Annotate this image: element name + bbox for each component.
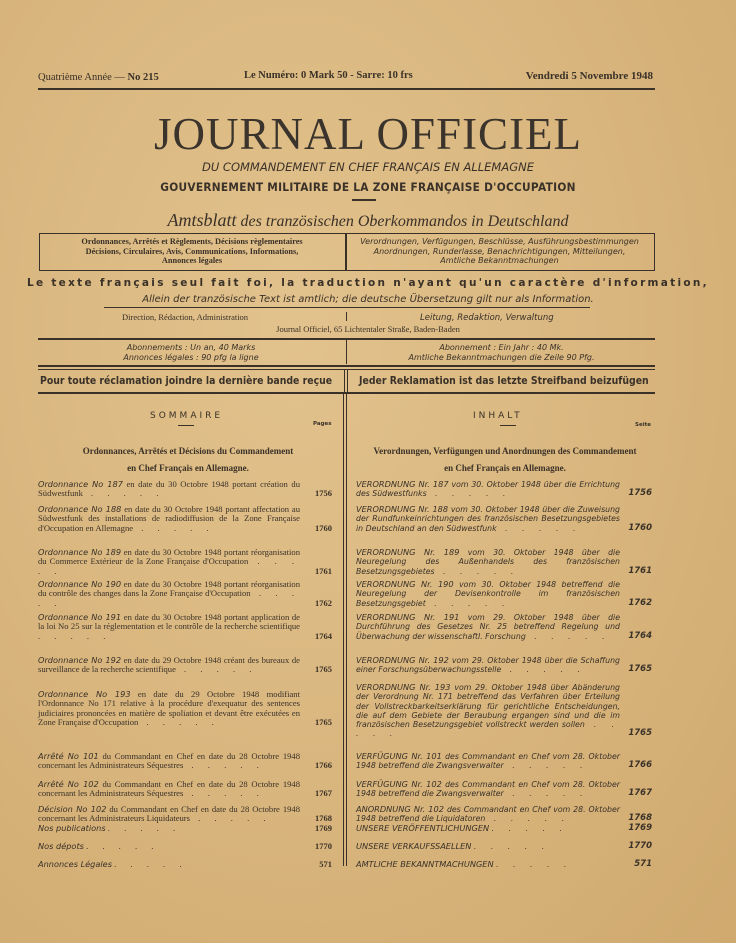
toc-entry-body: UNSERE VERKAUFSSAELLEN . . . . . (356, 842, 652, 851)
toc-entry-keyword: VERORDNUNG Nr. 190 (356, 579, 454, 589)
toc-entry: VERORDNUNG Nr. 191 vom 29. Oktober 1948 … (356, 613, 652, 641)
leader-dots: . . . . . (426, 599, 511, 608)
toc-entry-page: 1767 (315, 789, 332, 798)
leader-dots: . . . . . (183, 760, 264, 770)
german-title-amtsblatt: Amtsblatt (168, 210, 237, 230)
german-title: Amtsblatt des tranzösischen Oberkommando… (0, 210, 736, 231)
toc-entry-page: 571 (319, 860, 332, 869)
sommaire-section-title: Ordonnances, Arrêtés et Décisions du Com… (40, 443, 336, 477)
reclamation-french: Pour toute réclamation joindre la derniè… (40, 374, 332, 387)
issue-date: Vendredi 5 Novembre 1948 (526, 70, 653, 82)
leader-dots: . . . . . (492, 824, 568, 833)
toc-entry-body: Ordonnance No 188 en date du 30 Octobre … (38, 505, 332, 533)
reclamation-divider-a (344, 370, 345, 392)
toc-entry-body: Arrêté No 101 du Commandant en Chef en d… (38, 752, 332, 771)
sommaire-heading-underline (178, 425, 194, 426)
toc-entry-page: 1761 (315, 567, 332, 576)
address-divider (346, 312, 347, 321)
subscription-divider (346, 340, 347, 364)
toc-entry-keyword: VERORDNUNG Nr. 189 (356, 547, 459, 557)
leader-dots: . . . . . (497, 524, 582, 533)
address-german-label: Leitung, Redaktion, Verwaltung (420, 313, 554, 323)
toc-entry-body: Ordonnance No 189 en date du 30 Octobre … (38, 548, 332, 576)
leader-dots: . . . . . (176, 664, 257, 674)
toc-entry-body: Ordonnance No 187 en date du 30 Octobre … (38, 480, 332, 499)
sommaire-section-title-line: Ordonnances, Arrêtés et Décisions du Com… (40, 443, 336, 460)
leader-dots: . . . . . (496, 860, 572, 869)
reclamation-rule-1 (38, 365, 655, 367)
leader-dots: . . . . . (504, 761, 589, 770)
subtitle-gouvernement: GOUVERNEMENT MILITAIRE DE LA ZONE FRANÇA… (29, 180, 706, 194)
toc-entry-page: 571 (634, 860, 652, 869)
toc-entry-page: 1760 (315, 524, 332, 533)
subscription-german: Abonnement : Ein Jahr : 40 Mk. Amtliche … (350, 343, 653, 363)
toc-entry-keyword: Annonces Légales (38, 859, 112, 869)
toc-entry-body: Ordonnance No 193 en date du 29 Octobre … (38, 690, 332, 727)
toc-entry: Arrêté No 102 du Commandant en Chef en d… (38, 780, 332, 799)
toc-entry-page: 1769 (315, 824, 332, 833)
toc-entry-keyword: UNSERE VERKAUFSSAELLEN (356, 841, 471, 851)
column-divider-b (346, 394, 347, 866)
inhalt-heading-underline (500, 425, 516, 426)
leader-dots: . . . . . (526, 632, 611, 641)
toc-entry: Ordonnance No 187 en date du 30 Octobre … (38, 480, 332, 499)
toc-entry-keyword: VERFÜGUNG Nr. 102 (356, 779, 442, 789)
toc-entry-keyword: UNSERE VERÖFFENTLICHUNGEN (356, 823, 489, 833)
toc-entry-body: Nos publications . . . . . (38, 824, 332, 833)
toc-entry-body: VERORDNUNG Nr. 191 vom 29. Oktober 1948 … (356, 613, 652, 641)
toc-entry-page: 1761 (628, 567, 652, 576)
contents-german-line: Verordnungen, Verfügungen, Beschlüsse, A… (348, 237, 651, 247)
subscription-french-line: Annonces légales : 90 pfg la ligne (40, 353, 342, 363)
toc-entry: ANORDNUNG Nr. 102 des Commandant en Chef… (356, 805, 652, 824)
issue-info: Quatrième Année — No 215 (38, 72, 159, 83)
toc-entry: Ordonnance No 192 en date du 29 Octobre … (38, 656, 332, 675)
reclamation-german: Jeder Reklamation ist das letzte Streifb… (359, 374, 649, 387)
leader-dots: . . . . . (474, 842, 550, 851)
subscription-french: Abonnements : Un an, 40 Marks Annonces l… (40, 343, 342, 363)
toc-entry-page: 1756 (628, 489, 652, 498)
toc-entry-page: 1764 (628, 632, 652, 641)
toc-entry: VERORDNUNG Nr. 187 vom 30. Oktober 1948 … (356, 480, 652, 499)
leader-dots: . . . . . (114, 859, 187, 869)
toc-entry: UNSERE VERÖFFENTLICHUNGEN . . . . .1769 (356, 824, 652, 833)
leader-dots: . . . . . (138, 717, 219, 727)
leader-dots: . . . . . (83, 488, 164, 498)
toc-entry-keyword: AMTLICHE BEKANNTMACHUNGEN (356, 859, 494, 869)
contents-french: Ordonnances, Arrêtés et Règlements, Déci… (42, 237, 342, 266)
toc-entry-body: Nos dépots . . . . . (38, 842, 332, 851)
notice-french: Le texte français seul fait foi, la trad… (0, 277, 736, 289)
toc-entry-keyword: Nos dépots (38, 841, 84, 851)
toc-entry-keyword: ANORDNUNG Nr. 102 (356, 804, 444, 814)
toc-entry-body: Annonces Légales . . . . . (38, 860, 332, 869)
leader-dots: . . . . . (183, 788, 264, 798)
year-label: Quatrième Année — (38, 72, 125, 83)
toc-entry-keyword: VERORDNUNG Nr. 187 (356, 479, 449, 489)
issue-number: No 215 (128, 72, 159, 83)
leader-dots: . . . . . (190, 813, 271, 823)
toc-entry-body: VERORDNUNG Nr. 187 vom 30. Oktober 1948 … (356, 480, 652, 499)
contents-french-line: Annonces légales (42, 256, 342, 266)
subscription-german-line: Amtliche Bekanntmachungen die Zeile 90 P… (350, 353, 653, 363)
toc-entry: VERFÜGUNG Nr. 101 des Commandant en Chef… (356, 752, 652, 771)
toc-entry-page: 1765 (315, 665, 332, 674)
toc-entry-page: 1769 (628, 824, 652, 833)
toc-entry-keyword: VERORDNUNG Nr. 193 (356, 682, 450, 692)
journal-title: JOURNAL OFFICIEL (0, 108, 736, 160)
toc-entry-body: AMTLICHE BEKANNTMACHUNGEN . . . . . (356, 860, 652, 869)
toc-entry-page: 1762 (315, 599, 332, 608)
leader-dots: . . . . . (485, 814, 570, 823)
toc-entry-body: VERORDNUNG Nr. 193 vom 29. Oktober 1948 … (356, 683, 652, 739)
toc-entry-page: 1766 (315, 761, 332, 770)
toc-entry-body: Décision No 102 du Commandant en Chef en… (38, 805, 332, 824)
toc-entry-body: VERORDNUNG Nr. 192 vom 29. Oktober 1948 … (356, 656, 652, 675)
inhalt-section-title-line: en Chef Français en Allemagne. (352, 460, 658, 477)
toc-entry: Ordonnance No 191 en date du 30 Octobre … (38, 613, 332, 641)
toc-entry: AMTLICHE BEKANNTMACHUNGEN . . . . .571 (356, 860, 652, 869)
toc-entry-page: 1760 (628, 524, 652, 533)
toc-entry: VERORDNUNG Nr. 188 vom 30. Oktober 1948 … (356, 505, 652, 533)
toc-entry: VERORDNUNG Nr. 192 vom 29. Oktober 1948 … (356, 656, 652, 675)
notice-german: Allein der tranzösische Text ist amtlich… (0, 294, 736, 305)
subscription-french-line: Abonnements : Un an, 40 Marks (40, 343, 342, 353)
toc-entry-keyword: VERFÜGUNG Nr. 101 (356, 751, 442, 761)
toc-entry-page: 1765 (628, 665, 652, 674)
toc-entry: Ordonnance No 193 en date du 29 Octobre … (38, 690, 332, 727)
toc-entry-page: 1770 (315, 842, 332, 851)
toc-entry-page: 1770 (628, 842, 652, 851)
toc-entry-keyword: VERORDNUNG Nr. 192 (356, 655, 449, 665)
leader-dots: . . . . . (108, 823, 181, 833)
toc-entry: VERORDNUNG Nr. 189 vom 30. Oktober 1948 … (356, 548, 652, 576)
toc-entry-page: 1764 (315, 632, 332, 641)
contents-german: Verordnungen, Verfügungen, Beschlüsse, A… (348, 237, 651, 266)
leader-dots: . . . . . (435, 567, 520, 576)
subtitle-commandement: DU COMMANDEMENT EN CHEF FRANÇAIS EN ALLE… (0, 160, 736, 174)
notice-underline (104, 307, 590, 308)
leader-dots: . . . . . (501, 665, 586, 674)
subscription-german-line: Abonnement : Ein Jahr : 40 Mk. (350, 343, 653, 353)
toc-entry-body: VERORDNUNG Nr. 189 vom 30. Oktober 1948 … (356, 548, 652, 576)
top-rule (38, 88, 655, 90)
toc-entry-body: VERFÜGUNG Nr. 102 des Commandant en Chef… (356, 780, 652, 799)
toc-entry-body: Ordonnance No 191 en date du 30 Octobre … (38, 613, 332, 641)
inhalt-heading: INHALT (473, 411, 523, 421)
toc-entry-body: Arrêté No 102 du Commandant en Chef en d… (38, 780, 332, 799)
inhalt-section-title: Verordnungen, Verfügungen und Anordnunge… (352, 443, 658, 477)
toc-entry-body: ANORDNUNG Nr. 102 des Commandant en Chef… (356, 805, 652, 824)
german-title-rest: des tranzösischen Oberkommandos in Deuts… (241, 213, 569, 230)
toc-entry: Nos dépots . . . . .1770 (38, 842, 332, 851)
address-line: Journal Officiel, 65 Lichtentaler Straße… (0, 324, 736, 334)
sommaire-heading: SOMMAIRE (150, 411, 223, 421)
contents-french-line: Décisions, Circulaires, Avis, Communicat… (42, 247, 342, 257)
pages-label: Pages (313, 421, 332, 427)
toc-entry: Ordonnance No 189 en date du 30 Octobre … (38, 548, 332, 576)
contents-french-line: Ordonnances, Arrêtés et Règlements, Déci… (42, 237, 342, 247)
toc-entry-page: 1765 (315, 718, 332, 727)
column-divider-a (343, 394, 344, 866)
leader-dots: . . . . . (86, 841, 159, 851)
toc-entry-body: VERFÜGUNG Nr. 101 des Commandant en Chef… (356, 752, 652, 771)
toc-entry-body: Ordonnance No 192 en date du 29 Octobre … (38, 656, 332, 675)
leader-dots: . . . . . (504, 789, 589, 798)
toc-entry-body: VERORDNUNG Nr. 188 vom 30. Oktober 1948 … (356, 505, 652, 533)
seite-label: Seite (635, 422, 651, 428)
toc-entry-body: Ordonnance No 190 en date du 30 Octobre … (38, 580, 332, 608)
contents-box-divider (345, 234, 347, 270)
leader-dots: . . . . . (133, 523, 214, 533)
toc-entry: Nos publications . . . . .1769 (38, 824, 332, 833)
leader-dots: . . . . . (38, 631, 111, 641)
toc-entry: Décision No 102 du Commandant en Chef en… (38, 805, 332, 824)
toc-entry-body: UNSERE VERÖFFENTLICHUNGEN . . . . . (356, 824, 652, 833)
sommaire-section-title-line: en Chef Français en Allemagne. (40, 460, 336, 477)
price: Le Numéro: 0 Mark 50 - Sarre: 10 frs (244, 70, 413, 81)
toc-entry-body: VERORDNUNG Nr. 190 vom 30. Oktober 1948 … (356, 580, 652, 608)
toc-entry: VERORDNUNG Nr. 190 vom 30. Oktober 1948 … (356, 580, 652, 608)
toc-entry: Ordonnance No 188 en date du 30 Octobre … (38, 505, 332, 533)
toc-entry: Arrêté No 101 du Commandant en Chef en d… (38, 752, 332, 771)
toc-entry: UNSERE VERKAUFSSAELLEN . . . . .1770 (356, 842, 652, 851)
toc-entry-page: 1762 (628, 599, 652, 608)
contents-german-line: Amtliche Bekanntmachungen (348, 256, 651, 266)
toc-entry: VERFÜGUNG Nr. 102 des Commandant en Chef… (356, 780, 652, 799)
inhalt-section-title-line: Verordnungen, Verfügungen und Anordnunge… (352, 443, 658, 460)
toc-entry-page: 1756 (315, 489, 332, 498)
reclamation-divider-b (347, 370, 348, 392)
contents-german-line: Anordnungen, Runderlasse, Benachrichtigu… (348, 247, 651, 257)
toc-entry-keyword: VERORDNUNG Nr. 191 (356, 612, 459, 622)
toc-entry-keyword: Nos publications (38, 823, 106, 833)
leader-dots: . . . . . (427, 489, 512, 498)
toc-entry-page: 1767 (628, 789, 652, 798)
title-divider (352, 199, 376, 201)
toc-entry-keyword: VERORDNUNG Nr. 188 (356, 504, 448, 514)
toc-entry: Annonces Légales . . . . .571 (38, 860, 332, 869)
toc-entry: Ordonnance No 190 en date du 30 Octobre … (38, 580, 332, 608)
address-french-label: Direction, Rédaction, Administration (122, 312, 248, 322)
toc-entry-page: 1765 (628, 729, 652, 738)
toc-entry: VERORDNUNG Nr. 193 vom 29. Oktober 1948 … (356, 683, 652, 739)
toc-entry-page: 1766 (628, 761, 652, 770)
masthead-top-bar: Quatrième Année — No 215 Le Numéro: 0 Ma… (38, 70, 653, 86)
